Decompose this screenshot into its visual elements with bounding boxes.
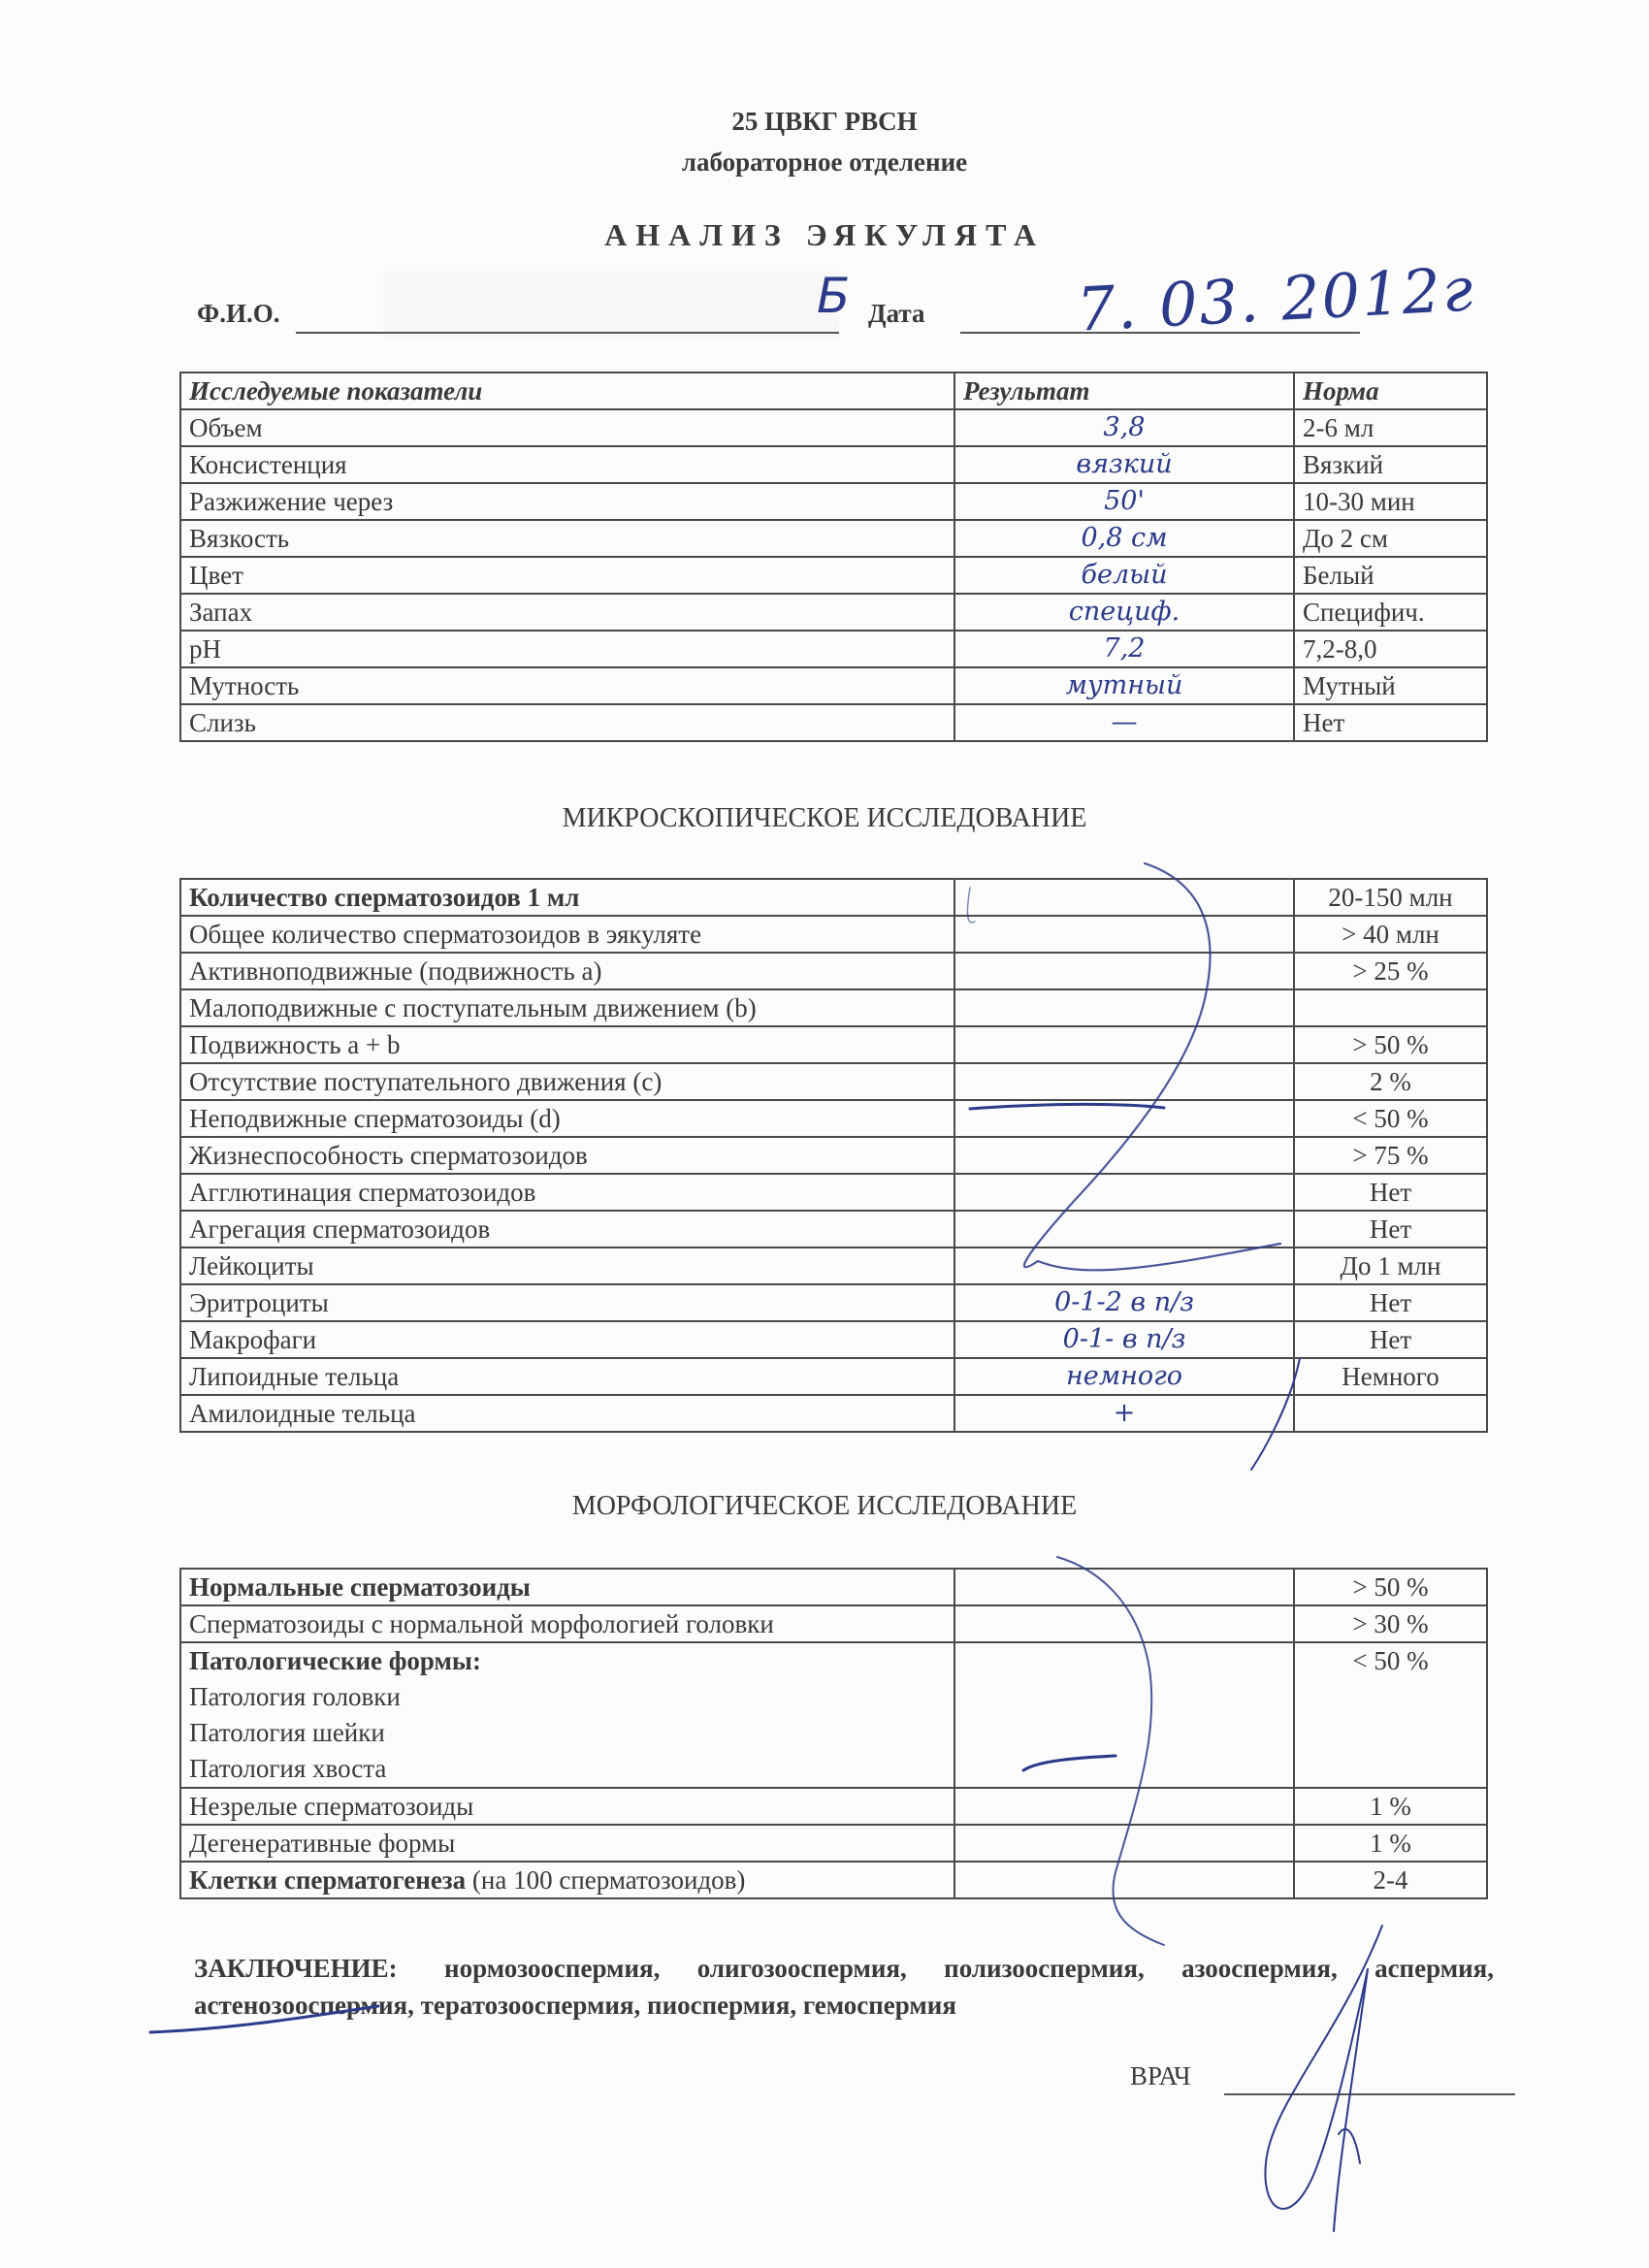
table-row: Общее количество сперматозоидов в эякуля… <box>180 916 1487 953</box>
pathology-header: Патологические формы: <box>189 1643 946 1679</box>
pathology-subitem: Патология шейки <box>189 1715 946 1751</box>
parameter-name: Количество сперматозоидов 1 мл <box>180 879 954 916</box>
norm-value: 2-6 мл <box>1294 409 1487 446</box>
parameter-name: Агглютинация сперматозоидов <box>180 1174 954 1211</box>
table-row: Жизнеспособность сперматозоидов> 75 % <box>180 1137 1487 1174</box>
norm-value: Нет <box>1294 1321 1487 1358</box>
table-row: Незрелые сперматозоиды1 % <box>180 1788 1487 1825</box>
result-value[interactable]: 50' <box>954 483 1294 520</box>
microscopic-section-title: МИКРОСКОПИЧЕСКОЕ ИССЛЕДОВАНИЕ <box>0 803 1649 834</box>
result-value[interactable] <box>954 1026 1294 1063</box>
norm-value <box>1294 1395 1487 1432</box>
table-row: Нормальные сперматозоиды> 50 % <box>180 1569 1487 1605</box>
parameter-name: Сперматозоиды с нормальной морфологией г… <box>180 1605 954 1642</box>
result-value[interactable] <box>954 1825 1294 1862</box>
parameter-name: Запах <box>180 594 954 631</box>
norm-value: Нет <box>1294 1174 1487 1211</box>
parameter-name: Жизнеспособность сперматозоидов <box>180 1137 954 1174</box>
table-row: Липоидные тельцанемногоНемного <box>180 1358 1487 1395</box>
result-value[interactable] <box>954 1862 1294 1898</box>
parameter-name: Макрофаги <box>180 1321 954 1358</box>
pathology-subitem: Патология головки <box>189 1679 946 1715</box>
parameter-name: Мутность <box>180 667 954 704</box>
result-value[interactable] <box>954 1605 1294 1642</box>
norm-value: > 50 % <box>1294 1569 1487 1605</box>
table-row: Вязкость0,8 смДо 2 см <box>180 520 1487 557</box>
norm-value: Вязкий <box>1294 446 1487 483</box>
result-value[interactable]: немного <box>954 1358 1294 1395</box>
table-row: Малоподвижные с поступательным движением… <box>180 989 1487 1026</box>
macro-table: Исследуемые показатели Результат Норма О… <box>179 372 1488 742</box>
parameter-name: Патологические формы:Патология головкиПа… <box>180 1642 954 1788</box>
norm-value: 1 % <box>1294 1825 1487 1862</box>
parameter-name: Активноподвижные (подвижность a) <box>180 953 954 989</box>
result-value[interactable]: вязкий <box>954 446 1294 483</box>
result-value[interactable]: 3,8 <box>954 409 1294 446</box>
result-value[interactable] <box>954 1211 1294 1247</box>
table-row: pH7,27,2-8,0 <box>180 631 1487 667</box>
table-row: Активноподвижные (подвижность a)> 25 % <box>180 953 1487 989</box>
table-row: Подвижность a + b> 50 % <box>180 1026 1487 1063</box>
column-header-parameter: Исследуемые показатели <box>180 373 954 409</box>
norm-value: > 75 % <box>1294 1137 1487 1174</box>
parameter-name: Малоподвижные с поступательным движением… <box>180 989 954 1026</box>
fio-field[interactable] <box>296 332 839 334</box>
result-value[interactable]: 0,8 см <box>954 520 1294 557</box>
parameter-name: Слизь <box>180 704 954 741</box>
parameter-name: Объем <box>180 409 954 446</box>
parameter-name: Нормальные сперматозоиды <box>180 1569 954 1605</box>
result-value[interactable] <box>954 989 1294 1026</box>
table-row: Объем3,82-6 мл <box>180 409 1487 446</box>
result-value[interactable]: 0-1-2 в п/з <box>954 1284 1294 1321</box>
table-row: Амилоидные тельца+ <box>180 1395 1487 1432</box>
norm-value: До 1 млн <box>1294 1247 1487 1284</box>
norm-value: > 40 млн <box>1294 916 1487 953</box>
fio-handwritten-value: Б <box>817 268 850 324</box>
table-row: Дегенеративные формы1 % <box>180 1825 1487 1862</box>
result-value[interactable]: 7,2 <box>954 631 1294 667</box>
redacted-name-area <box>383 272 839 338</box>
table-row: Агрегация сперматозоидовНет <box>180 1211 1487 1247</box>
doctor-signature-field[interactable] <box>1224 2093 1515 2095</box>
table-row: ЦветбелыйБелый <box>180 557 1487 594</box>
parameter-name: Дегенеративные формы <box>180 1825 954 1862</box>
result-value[interactable]: 0-1- в п/з <box>954 1321 1294 1358</box>
result-value[interactable] <box>954 1174 1294 1211</box>
parameter-name: Вязкость <box>180 520 954 557</box>
parameter-name: Разжижение через <box>180 483 954 520</box>
micro-table: Количество сперматозоидов 1 мл20-150 млн… <box>179 878 1488 1433</box>
parameter-name-note: (на 100 сперматозоидов) <box>466 1865 745 1895</box>
norm-value: Немного <box>1294 1358 1487 1395</box>
parameter-name: Неподвижные сперматозоиды (d) <box>180 1100 954 1137</box>
norm-value: 2-4 <box>1294 1862 1487 1898</box>
table-row: Разжижение через50'10-30 мин <box>180 483 1487 520</box>
norm-value <box>1294 989 1487 1026</box>
norm-value: > 50 % <box>1294 1026 1487 1063</box>
table-row: ЛейкоцитыДо 1 млн <box>180 1247 1487 1284</box>
date-label: Дата <box>868 299 924 329</box>
parameter-name: Лейкоциты <box>180 1247 954 1284</box>
norm-value: 10-30 мин <box>1294 483 1487 520</box>
norm-value: 2 % <box>1294 1063 1487 1100</box>
organization-name: 25 ЦВКГ РВСН <box>0 107 1649 137</box>
result-value[interactable] <box>954 916 1294 953</box>
norm-value: Белый <box>1294 557 1487 594</box>
table-row: Патологические формы:Патология головкиПа… <box>180 1642 1487 1788</box>
document-title: АНАЛИЗ ЭЯКУЛЯТА <box>0 217 1649 253</box>
table-row: Макрофаги0-1- в п/зНет <box>180 1321 1487 1358</box>
table-row: МутностьмутныйМутный <box>180 667 1487 704</box>
result-value[interactable] <box>954 1642 1294 1788</box>
result-value[interactable]: + <box>954 1395 1294 1432</box>
table-row: Агглютинация сперматозоидовНет <box>180 1174 1487 1211</box>
result-value[interactable]: белый <box>954 557 1294 594</box>
table-header-row: Исследуемые показатели Результат Норма <box>180 373 1487 409</box>
result-value[interactable] <box>954 879 1294 916</box>
norm-value: Специфич. <box>1294 594 1487 631</box>
norm-value: До 2 см <box>1294 520 1487 557</box>
parameter-name: Незрелые сперматозоиды <box>180 1788 954 1825</box>
norm-value: 7,2-8,0 <box>1294 631 1487 667</box>
parameter-name: Эритроциты <box>180 1284 954 1321</box>
result-value[interactable]: — <box>954 704 1294 741</box>
table-row: КонсистенциявязкийВязкий <box>180 446 1487 483</box>
parameter-name: Цвет <box>180 557 954 594</box>
table-row: Сперматозоиды с нормальной морфологией г… <box>180 1605 1487 1642</box>
parameter-name: Консистенция <box>180 446 954 483</box>
norm-value: Мутный <box>1294 667 1487 704</box>
norm-value: Нет <box>1294 1284 1487 1321</box>
parameter-name-bold: Клетки сперматогенеза <box>189 1865 466 1895</box>
date-handwritten-value: 7. 03. 2012г <box>1075 253 1476 344</box>
result-value[interactable]: мутный <box>954 667 1294 704</box>
norm-value: 1 % <box>1294 1788 1487 1825</box>
table-row: Количество сперматозоидов 1 мл20-150 млн <box>180 879 1487 916</box>
result-value[interactable] <box>954 1788 1294 1825</box>
doctor-label: ВРАЧ <box>1130 2061 1191 2091</box>
parameter-name: Агрегация сперматозоидов <box>180 1211 954 1247</box>
table-row: Клетки сперматогенеза (на 100 сперматозо… <box>180 1862 1487 1898</box>
table-row: Отсутствие поступательного движения (c)2… <box>180 1063 1487 1100</box>
result-value[interactable] <box>954 1100 1294 1137</box>
morph-table: Нормальные сперматозоиды> 50 %Сперматозо… <box>179 1568 1488 1899</box>
result-value[interactable] <box>954 1247 1294 1284</box>
result-value[interactable] <box>954 1137 1294 1174</box>
norm-value: < 50 % <box>1294 1642 1487 1788</box>
norm-value: 20-150 млн <box>1294 879 1487 916</box>
column-header-norm: Норма <box>1294 373 1487 409</box>
norm-value: > 30 % <box>1294 1605 1487 1642</box>
parameter-name: pH <box>180 631 954 667</box>
result-value[interactable]: специф. <box>954 594 1294 631</box>
parameter-name: Клетки сперматогенеза (на 100 сперматозо… <box>180 1862 954 1898</box>
norm-value: > 25 % <box>1294 953 1487 989</box>
pathology-subitem: Патология хвоста <box>189 1751 946 1787</box>
norm-value: < 50 % <box>1294 1100 1487 1137</box>
parameter-name: Амилоидные тельца <box>180 1395 954 1432</box>
norm-value: Нет <box>1294 704 1487 741</box>
parameter-name: Липоидные тельца <box>180 1358 954 1395</box>
table-row: Запахспециф.Специфич. <box>180 594 1487 631</box>
norm-value: Нет <box>1294 1211 1487 1247</box>
morphology-section-title: МОРФОЛОГИЧЕСКОЕ ИССЛЕДОВАНИЕ <box>0 1491 1649 1522</box>
department-name: лабораторное отделение <box>0 147 1649 178</box>
conclusion: ЗАКЛЮЧЕНИЕ: нормозооспермия, олигозооспе… <box>194 1950 1494 2024</box>
parameter-name: Отсутствие поступательного движения (c) <box>180 1063 954 1100</box>
result-value[interactable] <box>954 1063 1294 1100</box>
table-row: Эритроциты0-1-2 в п/зНет <box>180 1284 1487 1321</box>
table-row: Неподвижные сперматозоиды (d)< 50 % <box>180 1100 1487 1137</box>
parameter-name: Общее количество сперматозоидов в эякуля… <box>180 916 954 953</box>
result-value[interactable] <box>954 953 1294 989</box>
conclusion-label: ЗАКЛЮЧЕНИЕ: <box>194 1954 398 1983</box>
result-value[interactable] <box>954 1569 1294 1605</box>
fio-label: Ф.И.О. <box>197 299 279 329</box>
parameter-name: Подвижность a + b <box>180 1026 954 1063</box>
column-header-result: Результат <box>954 373 1294 409</box>
table-row: Слизь—Нет <box>180 704 1487 741</box>
